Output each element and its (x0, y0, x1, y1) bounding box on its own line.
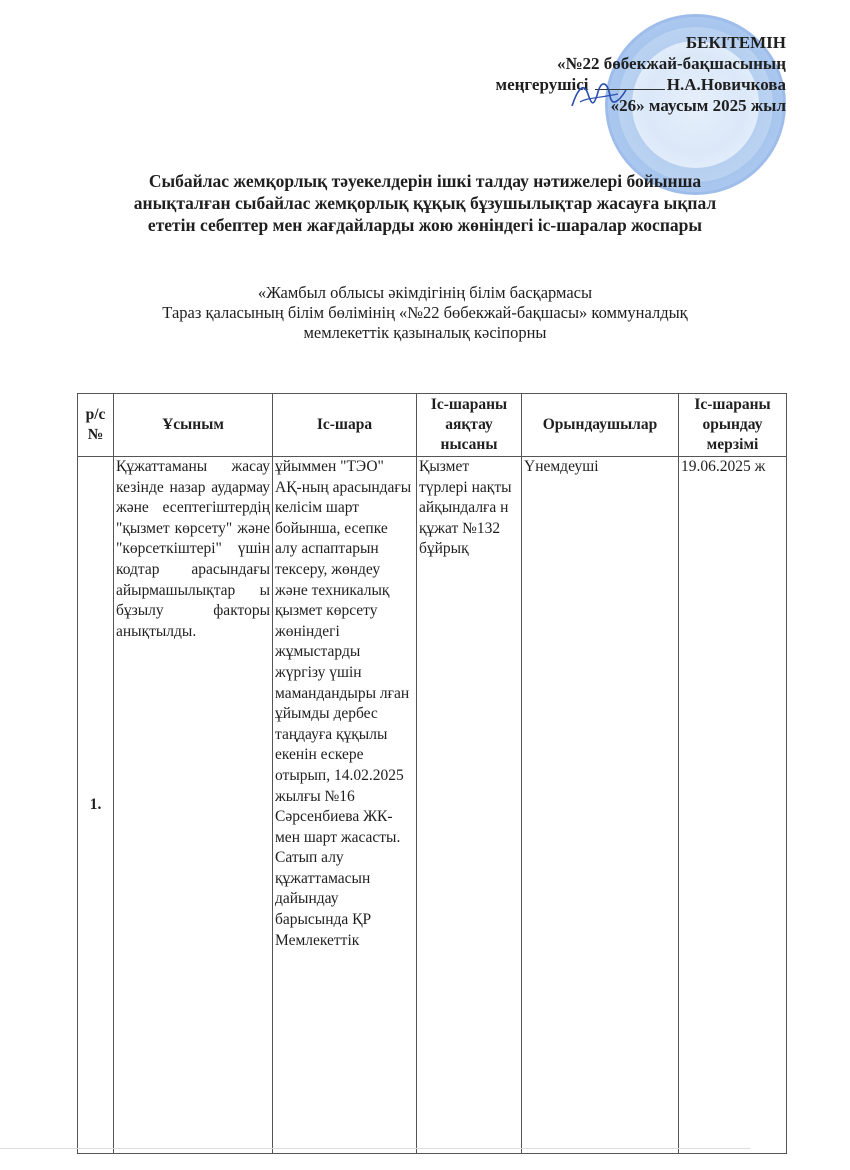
document-title: Сыбайлас жемқорлық тәуекелдерін ішкі тал… (0, 170, 850, 236)
org-line: Тараз қаласының білім бөлімінің «№22 бөб… (0, 303, 850, 323)
approval-signer: Н.А.Новичкова (667, 75, 786, 94)
header-completion-form: Іс-шараны аяқтау нысаны (417, 394, 522, 457)
cell-measure: ұйыммен "ТЭО" АҚ-ның арасындағы келісім … (273, 457, 417, 1154)
cell-executors: Үнемдеуші (522, 457, 679, 1154)
approval-block: БЕКІТЕМІН «№22 бөбекжай-бақшасының меңге… (496, 32, 787, 116)
approval-org: «№22 бөбекжай-бақшасының (496, 53, 787, 74)
cell-deadline: 19.06.2025 ж (679, 457, 787, 1154)
page-edge-line (0, 1148, 750, 1149)
header-measure: Іс-шара (273, 394, 417, 457)
header-num: р/с № (78, 394, 114, 457)
approval-heading: БЕКІТЕМІН (496, 32, 787, 53)
approval-position: меңгерушісі (496, 75, 589, 94)
measures-table: р/с № Ұсыным Іс-шара Іс-шараны аяқтау ны… (77, 393, 787, 1154)
cell-completion-form: Қызмет түрлері нақты айқындалға н құжат … (417, 457, 522, 1154)
header-executors: Орындаушылар (522, 394, 679, 457)
title-line: ететін себептер мен жағдайларды жою жөні… (0, 214, 850, 236)
title-line: анықталған сыбайлас жемқорлық құқық бұзу… (0, 192, 850, 214)
header-deadline: Іс-шараны орындау мерзімі (679, 394, 787, 457)
title-line: Сыбайлас жемқорлық тәуекелдерін ішкі тал… (0, 170, 850, 192)
table-row: 1. Құжаттаманы жасау кезінде назар аудар… (78, 457, 787, 1154)
org-line: «Жамбыл облысы әкімдігінің білім басқарм… (0, 283, 850, 303)
approval-date: «26» маусым 2025 жыл (496, 95, 787, 116)
cell-num: 1. (78, 457, 114, 1154)
header-recommendation: Ұсыным (114, 394, 273, 457)
cell-recommendation: Құжаттаманы жасау кезінде назар аудармау… (114, 457, 273, 1154)
signature-line (595, 75, 665, 90)
org-line: мемлекеттік қазыналық кәсіпорны (0, 323, 850, 343)
table-header-row: р/с № Ұсыным Іс-шара Іс-шараны аяқтау ны… (78, 394, 787, 457)
organization-name: «Жамбыл облысы әкімдігінің білім басқарм… (0, 283, 850, 343)
approval-signer-line: меңгерушісі Н.А.Новичкова (496, 74, 787, 95)
